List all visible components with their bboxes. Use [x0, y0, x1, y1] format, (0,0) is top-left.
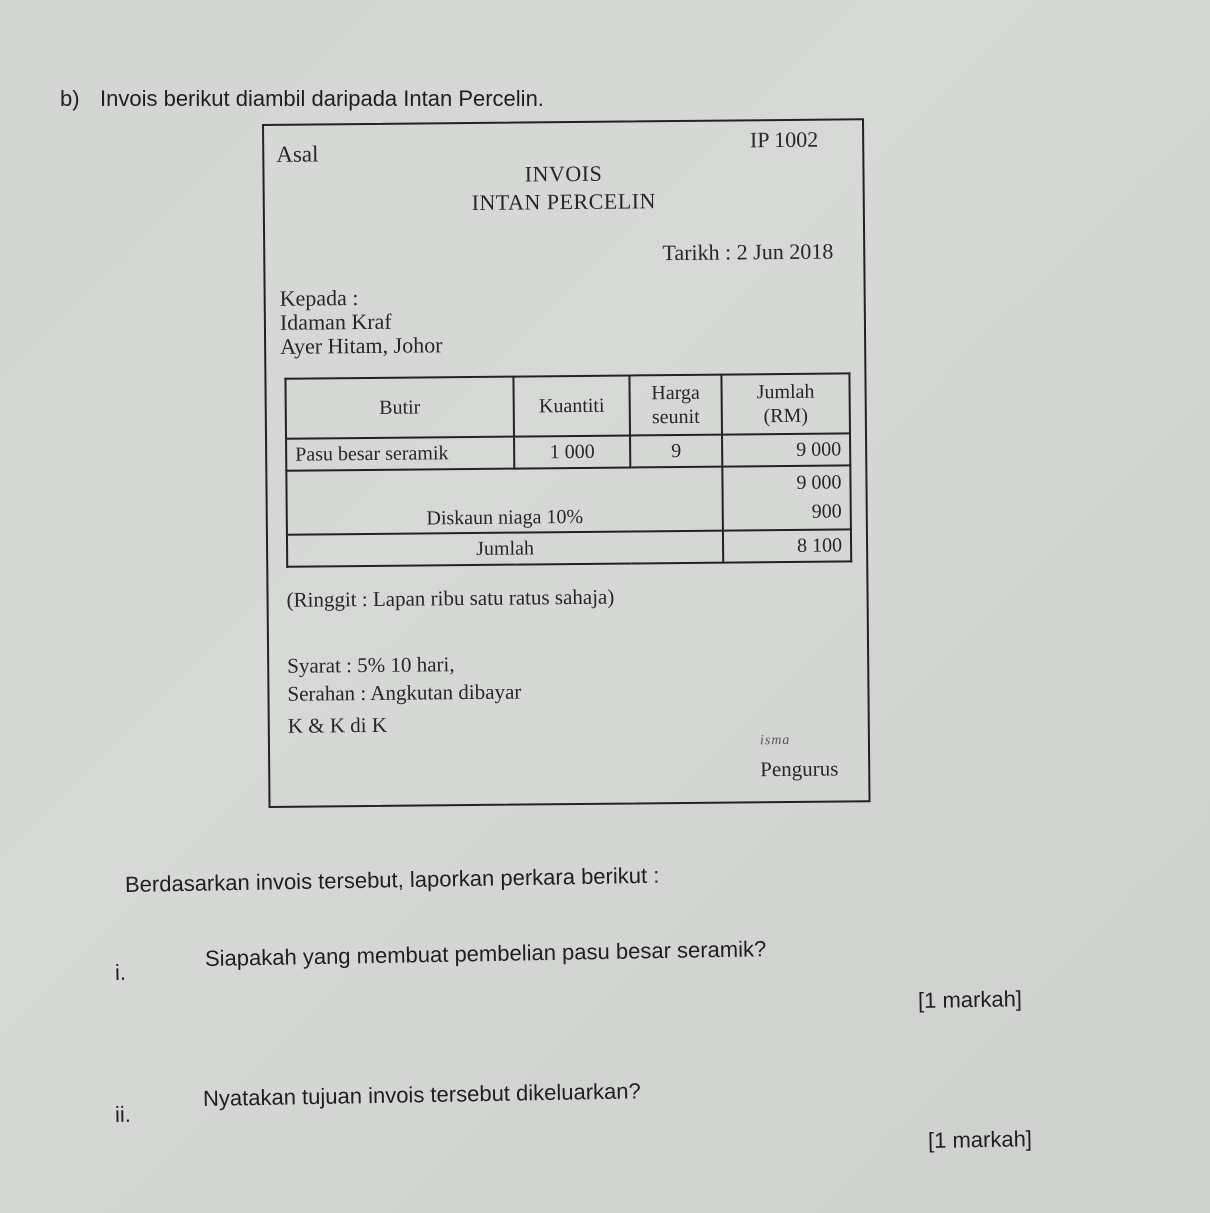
header-unit-price: Harga seunit: [629, 375, 722, 436]
question-1-marks: [1 markah]: [918, 986, 1022, 1014]
row-item: Pasu besar seramik: [286, 437, 514, 471]
signatory-title: Pengurus: [760, 756, 838, 782]
header-amount-line1: Jumlah: [757, 381, 815, 404]
signature: isma: [760, 733, 791, 749]
question-1-text: Siapakah yang membuat pembelian pasu bes…: [205, 936, 767, 972]
part-label: b): [60, 86, 100, 112]
row-quantity: 1 000: [514, 435, 630, 468]
invoice-company: INTAN PERCELIN: [265, 186, 863, 218]
header-amount-line2: (RM): [763, 405, 808, 427]
invoice-number: IP 1002: [750, 127, 818, 154]
invoice-to-label: Kepada :: [280, 285, 359, 312]
invoice-to-address: Ayer Hitam, Johor: [280, 332, 443, 360]
question-2-marks: [1 markah]: [928, 1126, 1032, 1154]
subtotal-amount: 9 000: [796, 471, 841, 493]
row-unit-price: 9: [630, 435, 722, 468]
invoice-to-name: Idaman Kraf: [280, 309, 392, 336]
header-unit-price-line1: Harga: [651, 382, 700, 404]
invoice-table: Butir Kuantiti Harga seunit Jumlah (RM) …: [284, 372, 852, 567]
question-2-text: Nyatakan tujuan invois tersebut dikeluar…: [203, 1078, 641, 1112]
header-item: Butir: [285, 377, 514, 439]
delivery-terms: Serahan : Angkutan dibayar: [287, 680, 521, 707]
question-part-heading: b)Invois berikut diambil daripada Intan …: [60, 86, 544, 112]
discount-amount: 900: [812, 500, 842, 522]
header-amount: Jumlah (RM): [721, 373, 850, 434]
header-unit-price-line2: seunit: [652, 406, 700, 428]
discount-row: Diskaun niaga 10% 9 000 900: [286, 465, 851, 534]
errors-omissions: K & K di K: [288, 713, 387, 739]
part-intro-text: Invois berikut diambil daripada Intan Pe…: [100, 86, 544, 111]
total-amount: 8 100: [723, 529, 851, 562]
invoice-document: Asal IP 1002 INVOIS INTAN PERCELIN Tarik…: [262, 118, 871, 808]
total-label: Jumlah: [287, 531, 723, 567]
amount-in-words: (Ringgit : Lapan ribu satu ratus sahaja): [286, 585, 614, 613]
header-quantity: Kuantiti: [513, 375, 630, 436]
total-row: Jumlah 8 100: [287, 529, 851, 566]
questions-intro: Berdasarkan invois tersebut, laporkan pe…: [125, 863, 660, 898]
payment-terms: Syarat : 5% 10 hari,: [287, 652, 455, 679]
row-amount: 9 000: [722, 433, 850, 466]
question-2-number: ii.: [115, 1102, 131, 1128]
table-row: Pasu besar seramik 1 000 9 9 000: [286, 433, 850, 470]
invoice-date: Tarikh : 2 Jun 2018: [662, 239, 833, 267]
table-header-row: Butir Kuantiti Harga seunit Jumlah (RM): [285, 373, 850, 438]
invoice-title: INVOIS: [264, 158, 862, 190]
discount-label: Diskaun niaga 10%: [286, 467, 723, 535]
question-1-number: i.: [115, 960, 126, 986]
subtotal-and-discount: 9 000 900: [722, 465, 851, 530]
